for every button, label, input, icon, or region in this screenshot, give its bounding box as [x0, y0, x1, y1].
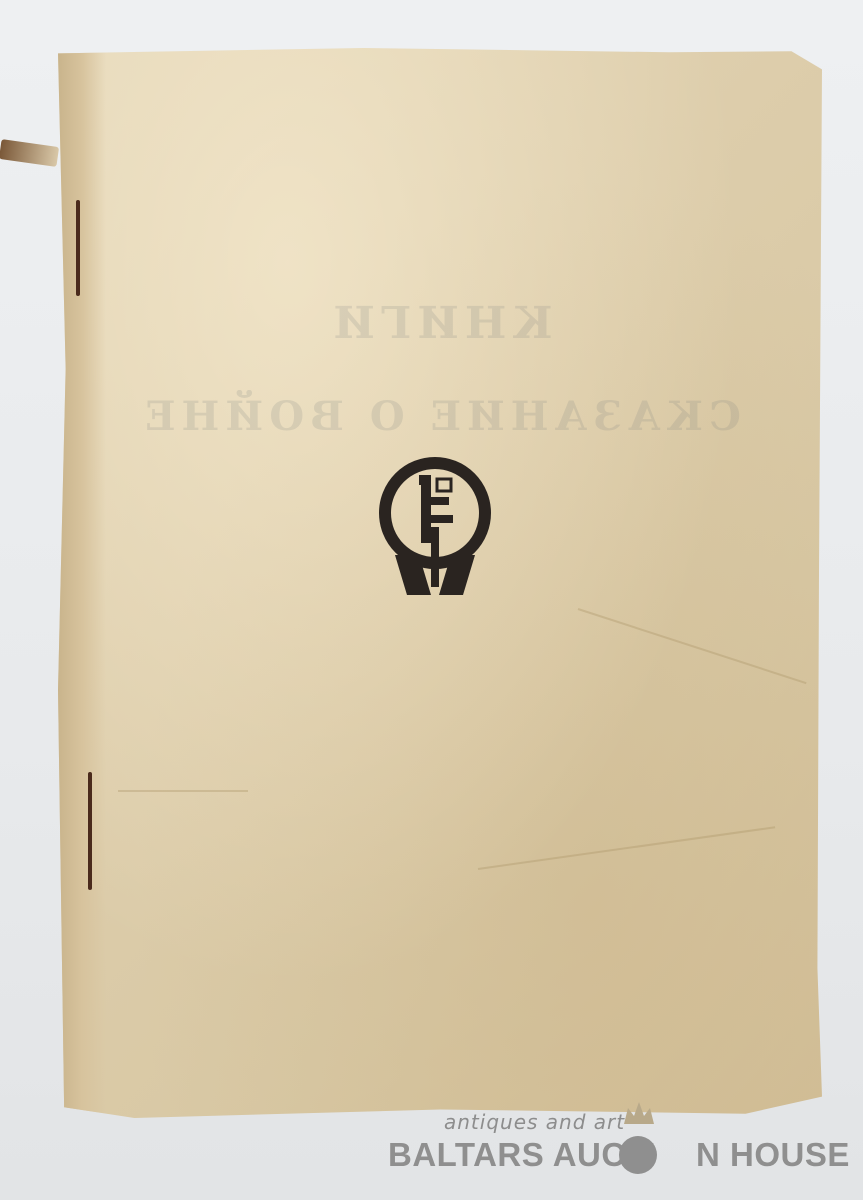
watermark-tagline: antiques and art	[444, 1110, 625, 1134]
staple-bottom	[88, 772, 92, 890]
show-through-text-1: КНИГИ	[58, 298, 822, 349]
auction-house-watermark: antiques and art BALTARS AUCTIN HOUSE	[388, 1110, 808, 1180]
paper-crease	[578, 608, 807, 684]
paper-crease	[118, 790, 248, 792]
paper-crease	[478, 826, 775, 870]
booklet-spine	[58, 48, 106, 1118]
watermark-o-circle-icon	[619, 1136, 657, 1174]
staple-top	[76, 200, 80, 296]
booklet-cover: КНИГИ СКАЗАНИЕ О ВОЙНЕ	[58, 48, 822, 1118]
watermark-name-right: N HOUSE	[696, 1136, 850, 1173]
watermark-name-left: BALTARS AUCTI	[388, 1136, 656, 1173]
publisher-emblem-icon	[375, 455, 495, 603]
torn-paper-tab	[0, 139, 59, 167]
show-through-text-2: СКАЗАНИЕ О ВОЙНЕ	[58, 393, 822, 440]
crown-icon	[622, 1102, 656, 1126]
